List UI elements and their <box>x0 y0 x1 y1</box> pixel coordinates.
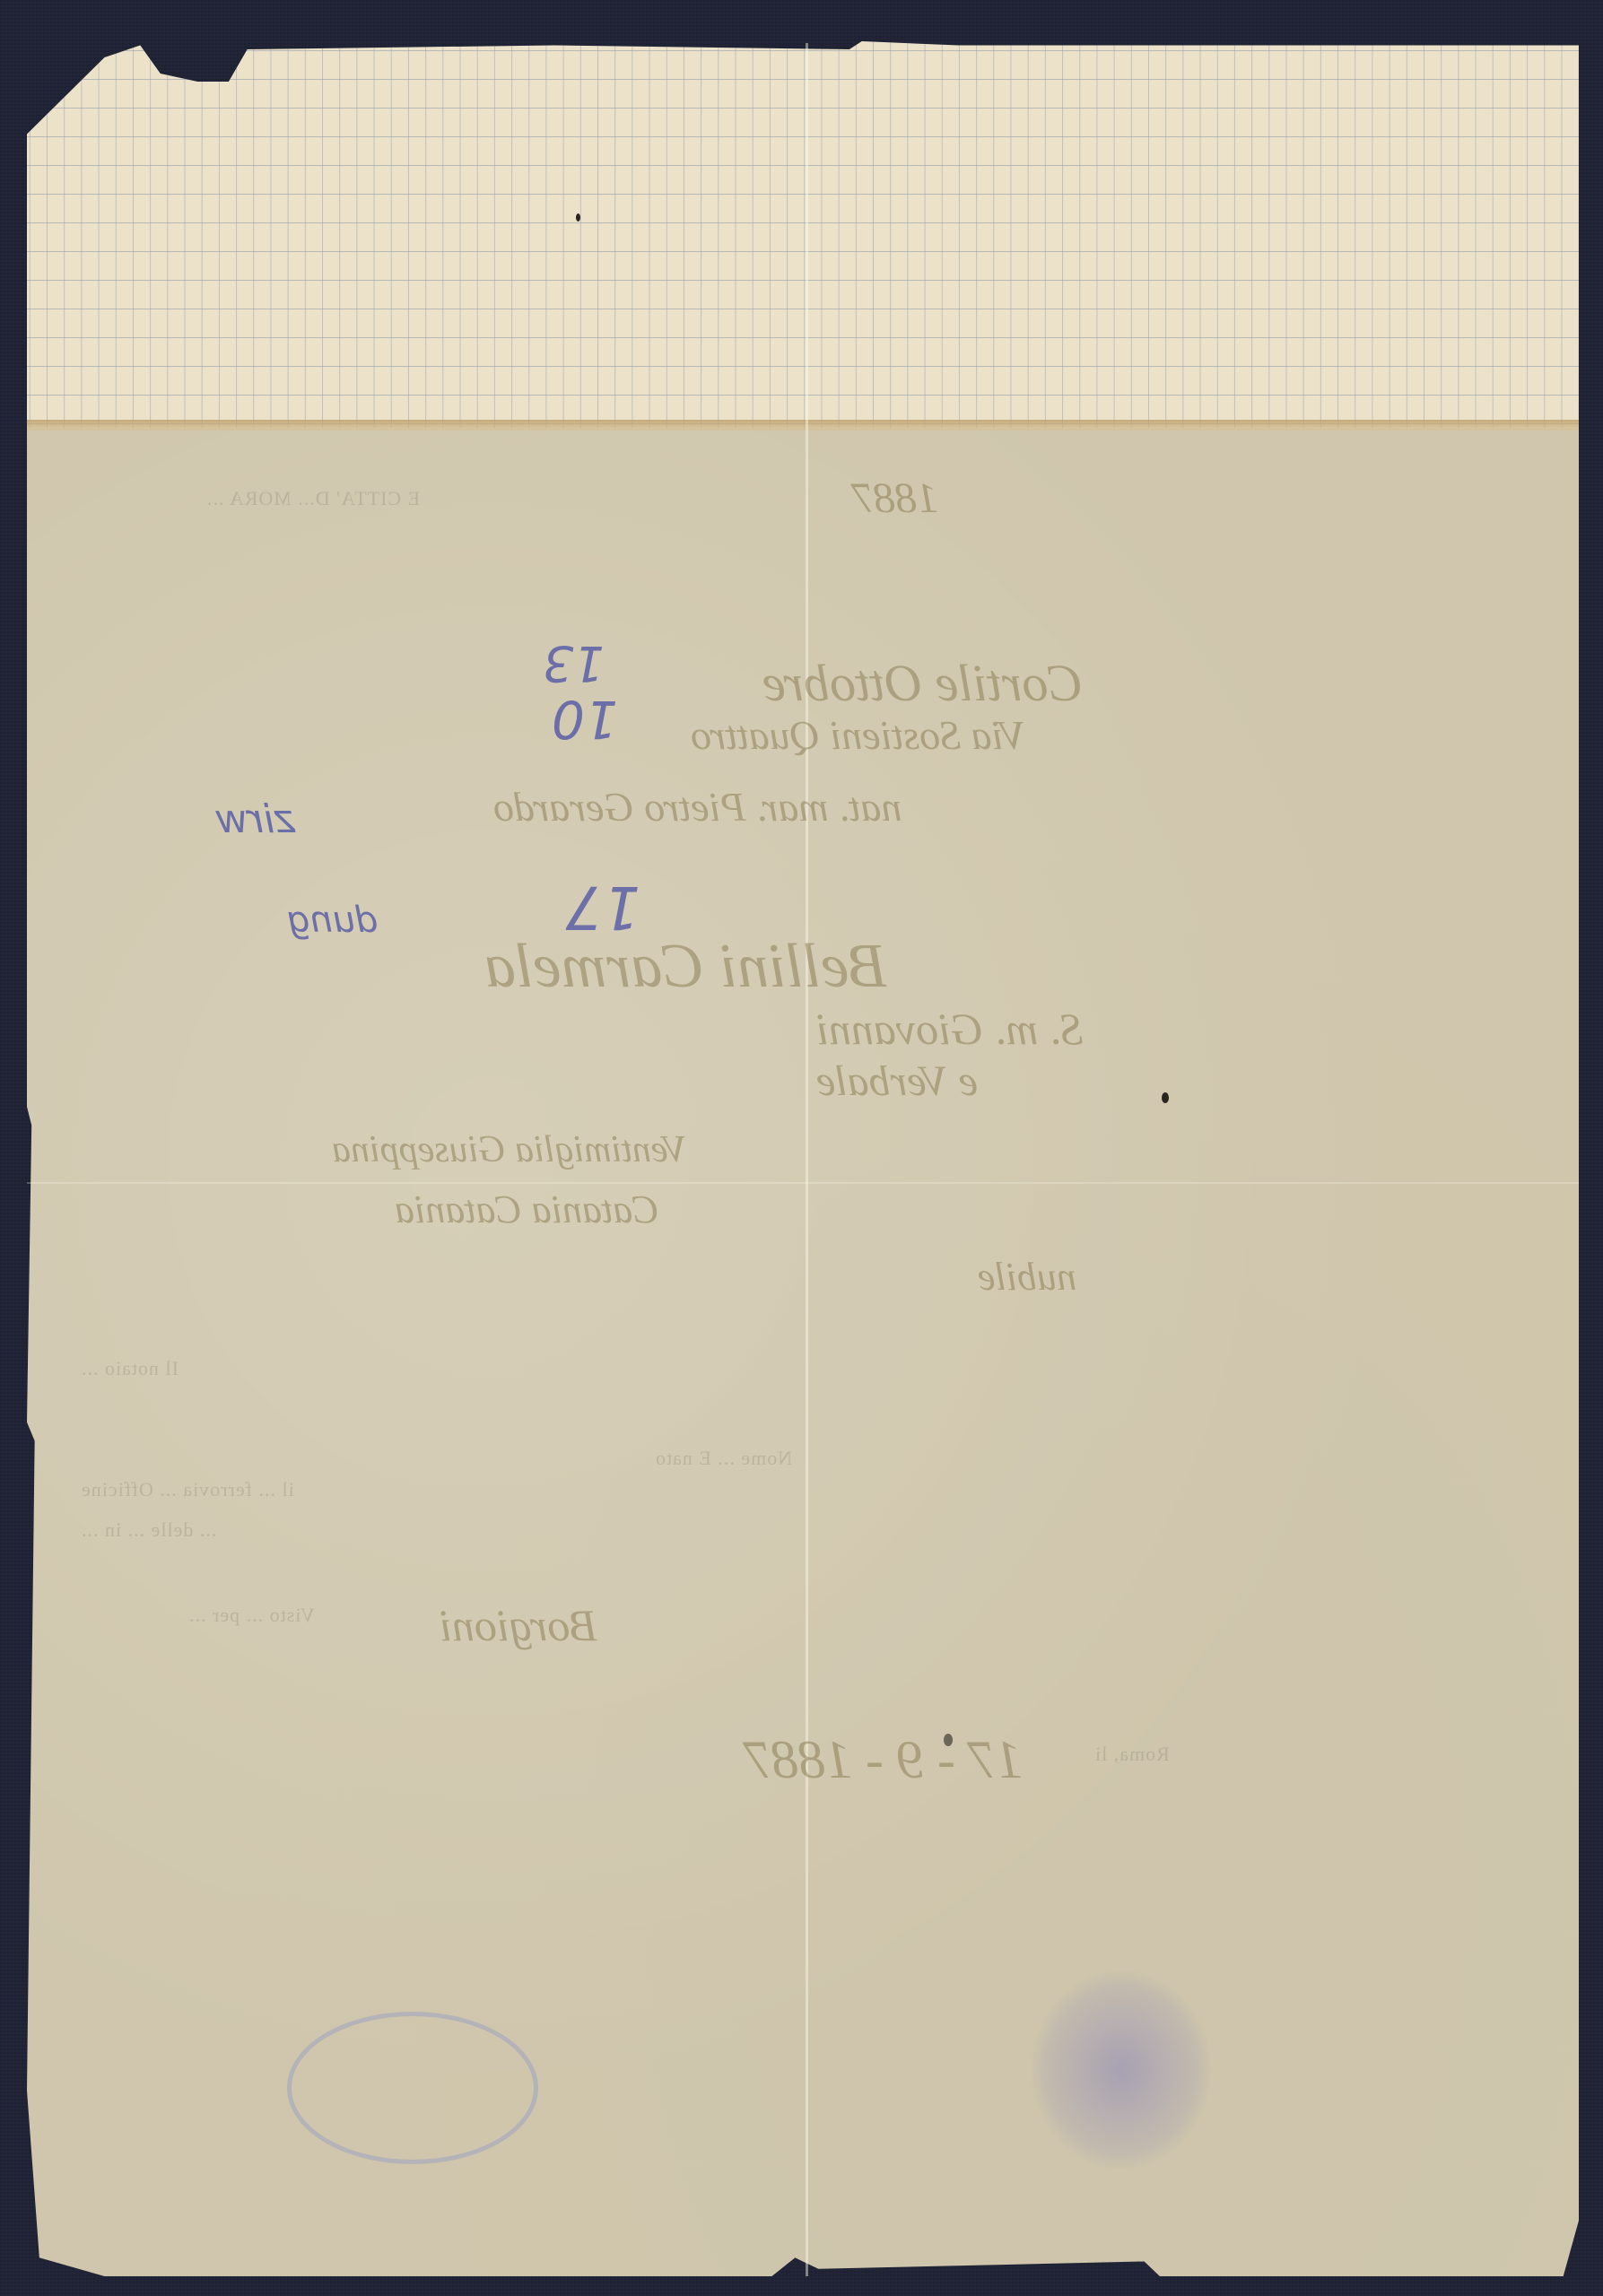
vertical-fold-line <box>806 43 808 2276</box>
mirrored-print-line: E CITTA' D... MORA ... <box>206 487 420 510</box>
mirrored-handwriting-line: Ventimiglia Giuseppina <box>332 1128 686 1171</box>
mirrored-handwriting-line: Bellini Carmela <box>484 931 887 1003</box>
mirrored-print-line: Il notaio ... <box>81 1357 179 1380</box>
document-sheet: E CITTA' D... MORA ... Il notaio ... Nom… <box>27 25 1579 2276</box>
mirrored-year: 1887 <box>852 474 938 523</box>
mirrored-print-line: Visto ... per ... <box>188 1604 315 1627</box>
mirrored-date: 17 - 9 - 1887 <box>745 1729 1023 1791</box>
mirrored-print-line: il ... ferrovia ... Officine <box>81 1478 294 1501</box>
mirrored-handwriting-line: nubile <box>978 1254 1076 1300</box>
mirrored-handwriting-line: Catania Catania <box>395 1187 659 1232</box>
torn-glue-edge <box>27 420 1579 430</box>
ink-speck <box>1162 1092 1169 1103</box>
mirrored-handwriting-line: e Verbale <box>816 1057 978 1106</box>
pencil-number: 13 <box>543 635 605 691</box>
pencil-scribble: zirw <box>215 796 295 842</box>
horizontal-fold-line <box>27 1182 1579 1184</box>
circular-stamp <box>287 2012 538 2164</box>
mirrored-print-line: Roma, li <box>1094 1743 1170 1766</box>
pencil-number: 10 <box>552 689 618 750</box>
pencil-number: 17 <box>565 873 640 942</box>
mirrored-handwriting-line: Via Sostieni Quattro <box>691 711 1025 759</box>
mirrored-handwriting-line: Cortile Ottobre <box>762 653 1083 713</box>
ink-speck <box>944 1734 953 1746</box>
graph-paper-strip <box>27 25 1579 429</box>
mirrored-signature: Borgioni <box>440 1599 597 1651</box>
mirrored-print-line: ... delle ... in ... <box>81 1518 216 1542</box>
mirrored-handwriting-line: nat. mar. Pietro Gerardo <box>493 783 902 831</box>
mirrored-print-line: Nome ... E nato <box>655 1447 792 1470</box>
ink-speck <box>576 213 580 222</box>
mirrored-handwriting-line: S. m. Giovanni <box>816 1003 1083 1055</box>
pencil-scribble: dung <box>287 900 378 941</box>
purple-stamp <box>1032 1971 1211 2169</box>
